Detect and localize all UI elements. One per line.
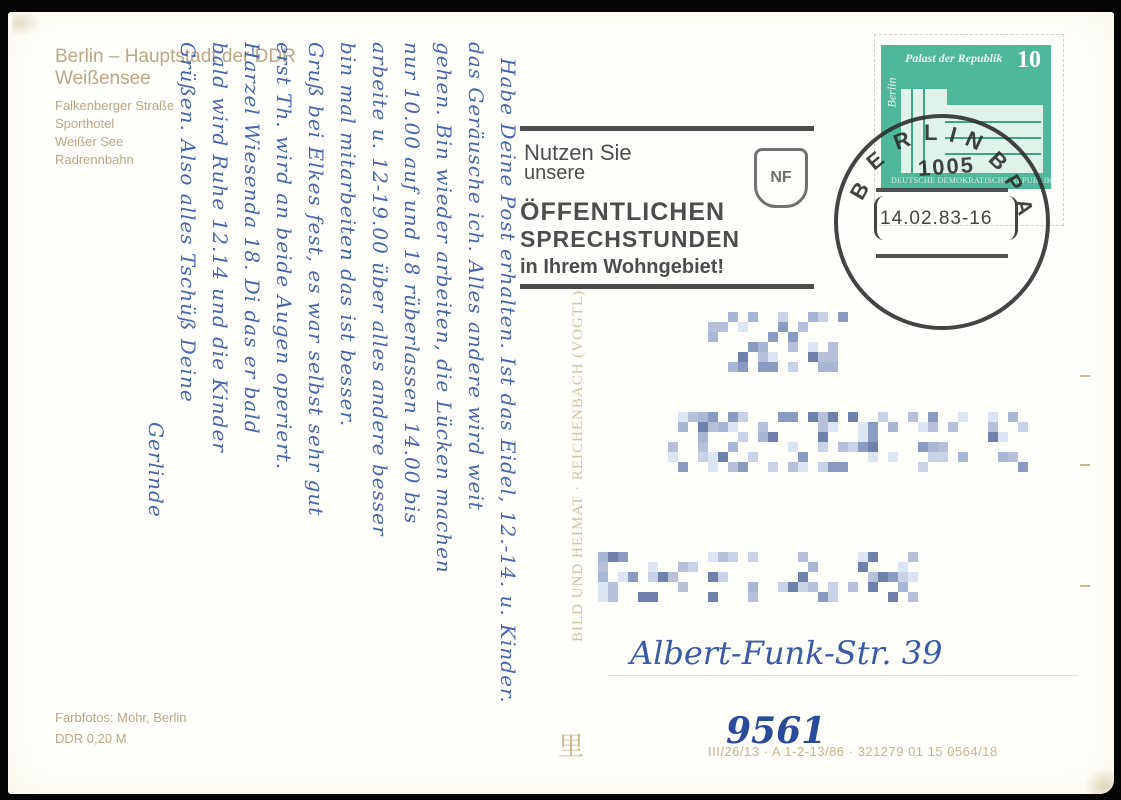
slogan-cancel: Nutzen Sie unsere ÖFFENTLICHEN SPRECHSTU… bbox=[520, 126, 812, 286]
message-line: bald wird Ruhe 12.14 und die Kinder bbox=[208, 42, 232, 453]
address-line bbox=[608, 675, 1078, 676]
caption-item: Sporthotel bbox=[55, 116, 114, 131]
stamp-title: Palast der Republik bbox=[905, 51, 1002, 66]
caption-subtitle: Weißensee bbox=[55, 68, 151, 90]
message-line: Harzel Wiesenda 18. Di das er bald bbox=[240, 42, 264, 435]
stamp-city: Berlin bbox=[885, 78, 900, 108]
postcard: Berlin – Hauptstadt der DDR Weißensee Fa… bbox=[8, 12, 1114, 794]
message-line: arbeite u. 12-19.00 über alles andere be… bbox=[368, 42, 392, 537]
message-line: bin mal mitarbeiten das ist besser. bbox=[336, 42, 360, 427]
message-line: erst Th. wird an beide Augen operiert. bbox=[272, 42, 296, 470]
corner-wear bbox=[12, 14, 40, 36]
message-line: Gruß bei Elkes fest, es war selbst sehr … bbox=[304, 42, 328, 516]
caption-item: Falkenberger Straße bbox=[55, 98, 174, 113]
bild-und-heimat-logo-icon: 里 bbox=[558, 730, 584, 764]
postmark-zip: 1005 bbox=[917, 152, 976, 182]
photo-credit: Farbfotos: Mohr, Berlin bbox=[55, 710, 187, 725]
postmark: B E R L I N B P A 1005 14.02.83-16 bbox=[834, 114, 1050, 330]
slogan-line: SPRECHSTUNDEN bbox=[520, 226, 740, 253]
address-street: Albert-Funk-Str. 39 bbox=[630, 634, 942, 672]
address-line-tick bbox=[1080, 585, 1090, 587]
slogan-line: ÖFFENTLICHEN bbox=[520, 198, 725, 227]
stamp-value: 10 bbox=[1017, 47, 1041, 74]
message-line: gehen. Bin wieder arbeiten, die Lücken m… bbox=[432, 42, 456, 574]
message-line: Habe Deine Post erhalten. Ist das Eidel,… bbox=[496, 58, 520, 704]
slogan-line: unsere bbox=[524, 162, 585, 185]
publisher-divider: BILD UND HEIMAT · REICHENBACH (VOGTL) bbox=[570, 290, 587, 642]
caption-item: Weißer See bbox=[55, 134, 123, 149]
message-line: das Geräusche ich. Alles andere wird wei… bbox=[464, 42, 488, 511]
message-line: Grüßen. Also alles Tschüß Deine bbox=[176, 42, 200, 403]
national-front-emblem-icon: NF bbox=[754, 148, 808, 208]
slogan-line: in Ihrem Wohngebiet! bbox=[520, 256, 724, 279]
message-line: nur 10.00 auf und 18 rüberlassen 14.00 b… bbox=[400, 42, 424, 524]
address-line-tick bbox=[1080, 464, 1090, 466]
price: DDR 0,20 M bbox=[55, 731, 127, 746]
print-code: III/26/13 · A 1-2-13/86 · 321279 01 15 0… bbox=[708, 744, 998, 759]
corner-wear bbox=[1084, 768, 1114, 794]
caption-item: Radrennbahn bbox=[55, 152, 134, 167]
address-line-tick bbox=[1080, 375, 1090, 377]
message-line: Gerlinde bbox=[144, 422, 168, 518]
postmark-date: 14.02.83-16 bbox=[880, 208, 992, 230]
